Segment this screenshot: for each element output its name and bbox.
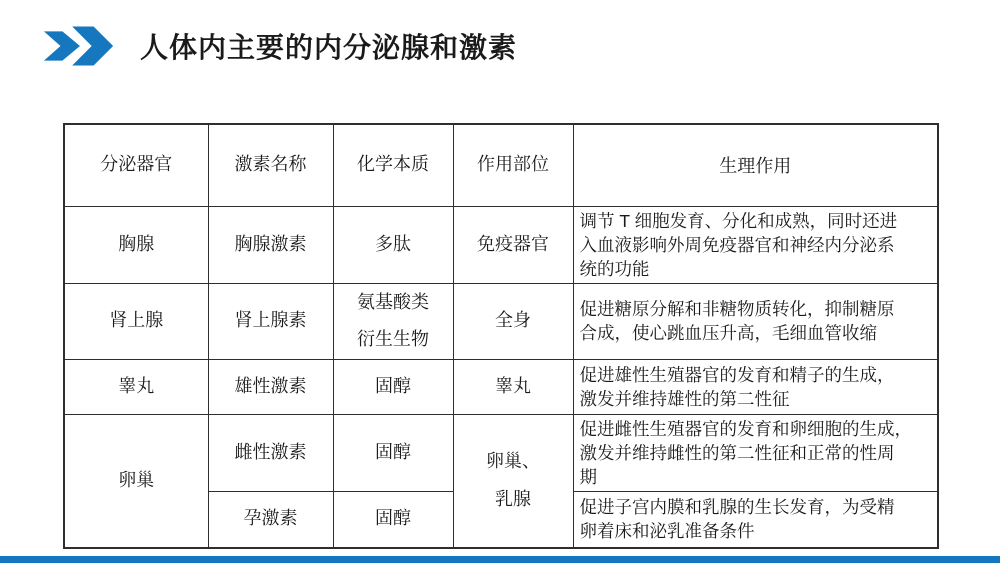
cell-hormone: 肾上腺素 [208, 283, 333, 360]
cell-hormone: 胸腺激素 [208, 206, 333, 283]
cell-function: 促进雄性生殖器官的发育和精子的生成， 激发并维持雄性的第二性征 [573, 360, 938, 415]
cell-nature: 氨基酸类 衍生生物 [333, 283, 453, 360]
cell-hormone: 孕激素 [208, 492, 333, 548]
cell-organ: 卵巢 [64, 415, 208, 548]
cell-organ: 睾丸 [64, 360, 208, 415]
cell-function: 促进糖原分解和非糖物质转化，抑制糖原 合成，使心跳血压升高，毛细血管收缩 [573, 283, 938, 360]
header-site: 作用部位 [453, 124, 573, 206]
cell-function: 调节 T 细胞发育、分化和成熟，同时还进 入血液影响外周免疫器官和神经内分泌系 … [573, 206, 938, 283]
table-row: 肾上腺 肾上腺素 氨基酸类 衍生生物 全身 促进糖原分解和非糖物质转化，抑制糖原… [64, 283, 938, 360]
table-row: 卵巢 雌性激素 固醇 卵巢、 乳腺 促进雌性生殖器官的发育和卵细胞的生成， 激发… [64, 415, 938, 492]
header-nature: 化学本质 [333, 124, 453, 206]
footer-bar [0, 556, 1000, 563]
cell-nature: 固醇 [333, 415, 453, 492]
endocrine-table: 分泌器官 激素名称 化学本质 作用部位 生理作用 胸腺 胸腺激素 多肽 免疫器官… [63, 123, 939, 549]
cell-site: 免疫器官 [453, 206, 573, 283]
page-title: 人体内主要的内分泌腺和激素 [140, 26, 517, 66]
cell-site: 卵巢、 乳腺 [453, 415, 573, 548]
slide-header: 人体内主要的内分泌腺和激素 [40, 24, 517, 68]
header-hormone: 激素名称 [208, 124, 333, 206]
endocrine-table-container: 分泌器官 激素名称 化学本质 作用部位 生理作用 胸腺 胸腺激素 多肽 免疫器官… [63, 123, 939, 549]
table-row: 睾丸 雄性激素 固醇 睾丸 促进雄性生殖器官的发育和精子的生成， 激发并维持雄性… [64, 360, 938, 415]
header-organ: 分泌器官 [64, 124, 208, 206]
cell-function: 促进子宫内膜和乳腺的生长发育，为受精 卵着床和泌乳准备条件 [573, 492, 938, 548]
cell-nature: 多肽 [333, 206, 453, 283]
cell-site: 全身 [453, 283, 573, 360]
cell-organ: 肾上腺 [64, 283, 208, 360]
table-row: 胸腺 胸腺激素 多肽 免疫器官 调节 T 细胞发育、分化和成熟，同时还进 入血液… [64, 206, 938, 283]
header-function: 生理作用 [573, 124, 938, 206]
cell-hormone: 雄性激素 [208, 360, 333, 415]
cell-organ: 胸腺 [64, 206, 208, 283]
cell-site: 睾丸 [453, 360, 573, 415]
double-chevron-icon [40, 24, 118, 68]
cell-nature: 固醇 [333, 360, 453, 415]
cell-hormone: 雌性激素 [208, 415, 333, 492]
cell-nature: 固醇 [333, 492, 453, 548]
cell-function: 促进雌性生殖器官的发育和卵细胞的生成， 激发并维持雌性的第二性征和正常的性周 期 [573, 415, 938, 492]
table-header-row: 分泌器官 激素名称 化学本质 作用部位 生理作用 [64, 124, 938, 206]
